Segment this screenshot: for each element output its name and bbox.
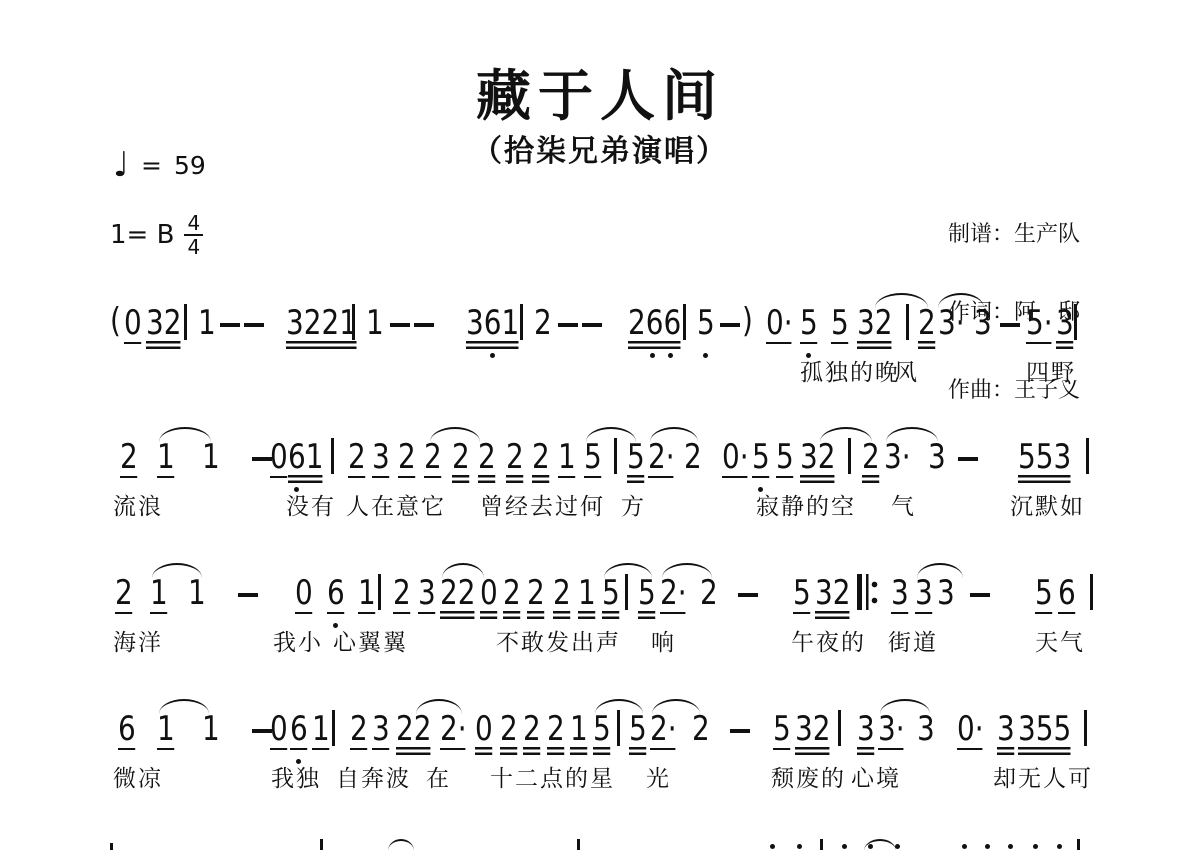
note: 5 xyxy=(584,440,602,474)
note: 0 xyxy=(270,712,288,746)
note: 1 xyxy=(558,440,576,474)
note: 2· xyxy=(650,712,677,746)
dash-prolong xyxy=(970,593,990,597)
note: 5 xyxy=(773,712,791,746)
note: 3 xyxy=(974,306,992,340)
clipped-next-line xyxy=(100,836,1100,850)
note: 553 xyxy=(1018,440,1071,474)
tempo-equals: = xyxy=(141,151,162,180)
note: 1 xyxy=(312,712,330,746)
barline xyxy=(1084,710,1087,746)
barline xyxy=(1074,304,1077,340)
note: 355 xyxy=(1018,712,1071,746)
note: 3 xyxy=(917,712,935,746)
slur-tie-arc xyxy=(416,699,462,714)
lyric-word: 颓废的 xyxy=(771,760,846,793)
note: 2 xyxy=(424,440,442,474)
note: 2 xyxy=(506,440,524,474)
note: 5 xyxy=(1035,576,1053,610)
note: 2 xyxy=(350,712,368,746)
barline xyxy=(848,438,851,474)
high-octave-dot xyxy=(842,844,847,849)
notation-line: 211061232202221552·253233356海洋我小心翼翼不敢发出声… xyxy=(100,566,1100,676)
note: 32 xyxy=(146,306,181,340)
lyric-word: 曾经去过何 xyxy=(480,488,605,521)
barline xyxy=(617,710,620,746)
note: 22 xyxy=(396,712,431,746)
slur-tie-arc xyxy=(886,427,938,442)
note: 1 xyxy=(188,576,206,610)
note: 6 xyxy=(290,712,308,746)
dash-prolong xyxy=(252,457,272,461)
lyric-word: 人在意它 xyxy=(346,488,446,521)
note: 2· xyxy=(440,712,467,746)
dash-prolong xyxy=(220,323,240,327)
lyric-word: 心翼翼 xyxy=(333,624,408,657)
note: 3 xyxy=(372,712,390,746)
slur-tie-arc xyxy=(938,293,984,308)
slur-tie-arc xyxy=(662,563,712,578)
lyric-word: 天气 xyxy=(1035,624,1085,657)
note: 361 xyxy=(466,306,519,340)
song-title: 藏于人间 xyxy=(0,52,1200,131)
note: 2 xyxy=(862,440,880,474)
slur-tie-arc xyxy=(159,427,211,442)
lyric-word: 十二点的星 xyxy=(490,760,615,793)
lyric-word: 寂静的空 xyxy=(756,488,856,521)
note: 22 xyxy=(440,576,475,610)
note: 1 xyxy=(198,306,216,340)
lyric-word: 没有 xyxy=(286,488,336,521)
note: 5 xyxy=(793,576,811,610)
note: 1 xyxy=(157,712,175,746)
note: 32 xyxy=(800,440,835,474)
note: 3· xyxy=(884,440,911,474)
note: 1 xyxy=(366,306,384,340)
lyric-word: 光 xyxy=(646,760,671,793)
note: 2 xyxy=(527,576,545,610)
slur-tie-arc xyxy=(650,427,698,442)
note: 3· xyxy=(938,306,965,340)
clipped-slur-arc xyxy=(388,839,414,850)
note: 0· xyxy=(957,712,984,746)
lyric-word: 方 xyxy=(621,488,646,521)
dash-prolong xyxy=(238,593,258,597)
clipped-barline xyxy=(320,839,323,850)
lyric-word: 心境 xyxy=(851,760,901,793)
note: 2 xyxy=(478,440,496,474)
slur-tie-arc xyxy=(595,699,643,714)
note: 1 xyxy=(157,440,175,474)
high-octave-dot xyxy=(1008,844,1013,849)
barline xyxy=(352,304,355,340)
note: 2 xyxy=(115,576,133,610)
slur-tie-arc xyxy=(652,699,700,714)
low-octave-dot xyxy=(490,353,495,358)
high-octave-dot xyxy=(797,844,802,849)
slur-tie-arc xyxy=(820,427,872,442)
note: 32 xyxy=(815,576,850,610)
note: 2 xyxy=(918,306,936,340)
barline xyxy=(378,574,381,610)
note: 3 xyxy=(997,712,1015,746)
lyric-word: 自奔波 xyxy=(336,760,411,793)
lyric-word: 不敢发出声 xyxy=(496,624,621,657)
slur-tie-arc xyxy=(586,427,636,442)
note: 5 xyxy=(602,576,620,610)
note: 2 xyxy=(692,712,710,746)
low-octave-dot xyxy=(668,353,673,358)
clipped-note-top xyxy=(110,843,113,850)
note: 2 xyxy=(700,576,718,610)
high-octave-dot xyxy=(868,844,873,849)
notation-line: (03213221136122665)0·553223·35·3孤独的晚风四野 xyxy=(100,296,1100,406)
sheet-music-page: 藏于人间 （拾柒兄弟演唱） ♩ = 59 1= B 4 4 制谱：生产队 作词：… xyxy=(0,0,1200,850)
slur-tie-arc xyxy=(159,699,209,714)
note: 6 xyxy=(118,712,136,746)
high-octave-dot xyxy=(985,844,990,849)
note: 0 xyxy=(270,440,288,474)
note: 5 xyxy=(697,306,715,340)
note: 2 xyxy=(503,576,521,610)
slur-tie-arc xyxy=(604,563,652,578)
note: 1 xyxy=(578,576,596,610)
dash-prolong xyxy=(252,729,272,733)
lyric-word: 却无人可 xyxy=(993,760,1093,793)
lyric-word: 气 xyxy=(891,488,916,521)
tempo-bpm: 59 xyxy=(174,151,206,180)
slur-tie-arc xyxy=(875,293,928,308)
notation-line: 211061232222221552·20·553223·3553流浪没有人在意… xyxy=(100,430,1100,540)
dash-prolong xyxy=(390,323,410,327)
note: 5 xyxy=(593,712,611,746)
barline xyxy=(1090,574,1093,610)
lyric-word: 我小 xyxy=(273,624,323,657)
low-octave-dot xyxy=(650,353,655,358)
high-octave-dot xyxy=(1033,844,1038,849)
note: 1 xyxy=(570,712,588,746)
dash-prolong xyxy=(414,323,434,327)
high-octave-dot xyxy=(895,844,900,849)
lyric-word: 我独 xyxy=(271,760,321,793)
credit-notation: 制谱：生产队 xyxy=(948,222,1080,248)
low-octave-dot xyxy=(703,353,708,358)
note: 2 xyxy=(398,440,416,474)
lyric-word: 微凉 xyxy=(113,760,163,793)
clipped-barline xyxy=(820,839,823,850)
note: 5 xyxy=(638,576,656,610)
dash-prolong xyxy=(582,323,602,327)
high-octave-dot xyxy=(962,844,967,849)
note: 61 xyxy=(288,440,323,474)
parenthesis: ( xyxy=(110,304,121,338)
note: 2 xyxy=(523,712,541,746)
note: 32 xyxy=(857,306,892,340)
note: 2 xyxy=(348,440,366,474)
time-numerator: 4 xyxy=(184,213,203,236)
clipped-barline xyxy=(1077,839,1080,850)
slur-tie-arc xyxy=(152,563,202,578)
lyric-word: 四野 xyxy=(1026,354,1076,387)
dash-prolong xyxy=(1000,323,1020,327)
time-denominator: 4 xyxy=(187,236,200,257)
note: 0 xyxy=(480,576,498,610)
dash-prolong xyxy=(244,323,264,327)
note: 0 xyxy=(295,576,313,610)
note: 5 xyxy=(776,440,794,474)
note: 2 xyxy=(547,712,565,746)
note: 2 xyxy=(452,440,470,474)
note: 3 xyxy=(372,440,390,474)
note: 3 xyxy=(891,576,909,610)
lyric-word: 流浪 xyxy=(113,488,163,521)
barline xyxy=(683,304,686,340)
note: 2 xyxy=(393,576,411,610)
note: 2· xyxy=(660,576,687,610)
note: 0· xyxy=(766,306,793,340)
note: 2 xyxy=(120,440,138,474)
lyric-word: 风 xyxy=(894,354,919,387)
parenthesis: ) xyxy=(742,304,753,338)
dash-prolong xyxy=(730,729,750,733)
note: 5 xyxy=(629,712,647,746)
lyric-word: 在 xyxy=(426,760,451,793)
repeat-start-sign xyxy=(857,574,879,610)
note: 5 xyxy=(627,440,645,474)
tempo-marking: ♩ = 59 xyxy=(113,148,206,182)
dash-prolong xyxy=(558,323,578,327)
key-time-signature: 1= B 4 4 xyxy=(110,213,203,257)
note: 1 xyxy=(150,576,168,610)
note: 6 xyxy=(1058,576,1076,610)
barline xyxy=(838,710,841,746)
slur-tie-arc xyxy=(880,699,930,714)
note: 3 xyxy=(418,576,436,610)
time-signature: 4 4 xyxy=(184,213,203,257)
note: 1 xyxy=(202,440,220,474)
high-octave-dot xyxy=(1057,844,1062,849)
lyric-word: 孤独的晚 xyxy=(800,354,900,387)
barline xyxy=(184,304,187,340)
barline xyxy=(520,304,523,340)
note: 2 xyxy=(684,440,702,474)
dash-prolong xyxy=(720,323,740,327)
note: 5 xyxy=(752,440,770,474)
note: 2 xyxy=(532,440,550,474)
note: 5· xyxy=(1026,306,1053,340)
note: 3221 xyxy=(286,306,357,340)
lyric-word: 沉默如 xyxy=(1010,488,1085,521)
slur-tie-arc xyxy=(430,427,480,442)
dash-prolong xyxy=(958,457,978,461)
barline xyxy=(906,304,909,340)
slur-tie-arc xyxy=(442,563,484,578)
quarter-note-icon: ♩ xyxy=(113,148,129,182)
note: 5 xyxy=(831,306,849,340)
high-octave-dot xyxy=(770,844,775,849)
note: 3 xyxy=(857,712,875,746)
clipped-barline xyxy=(577,839,580,850)
key-label: 1= B xyxy=(110,220,174,250)
note: 2 xyxy=(534,306,552,340)
note: 3 xyxy=(915,576,933,610)
barline xyxy=(331,438,334,474)
note: 1 xyxy=(202,712,220,746)
lyric-word: 海洋 xyxy=(113,624,163,657)
note: 266 xyxy=(628,306,681,340)
note: 1 xyxy=(358,576,376,610)
note: 32 xyxy=(795,712,830,746)
barline xyxy=(614,438,617,474)
note: 2 xyxy=(500,712,518,746)
note: 3· xyxy=(878,712,905,746)
slur-tie-arc xyxy=(917,563,963,578)
notation-line: 61106123222·02221552·253233·30·3355微凉我独自… xyxy=(100,702,1100,812)
lyric-word: 街道 xyxy=(888,624,938,657)
note: 3 xyxy=(1056,306,1074,340)
barline xyxy=(1086,438,1089,474)
note: 3 xyxy=(937,576,955,610)
note: 6 xyxy=(327,576,345,610)
note: 5 xyxy=(800,306,818,340)
note: 0· xyxy=(722,440,749,474)
barline xyxy=(332,710,335,746)
note: 2 xyxy=(553,576,571,610)
barline xyxy=(625,574,628,610)
dash-prolong xyxy=(738,593,758,597)
note: 2· xyxy=(648,440,675,474)
lyric-word: 响 xyxy=(651,624,676,657)
note: 3 xyxy=(928,440,946,474)
note: 0 xyxy=(475,712,493,746)
note: 0 xyxy=(124,306,142,340)
lyric-word: 午夜的 xyxy=(791,624,866,657)
